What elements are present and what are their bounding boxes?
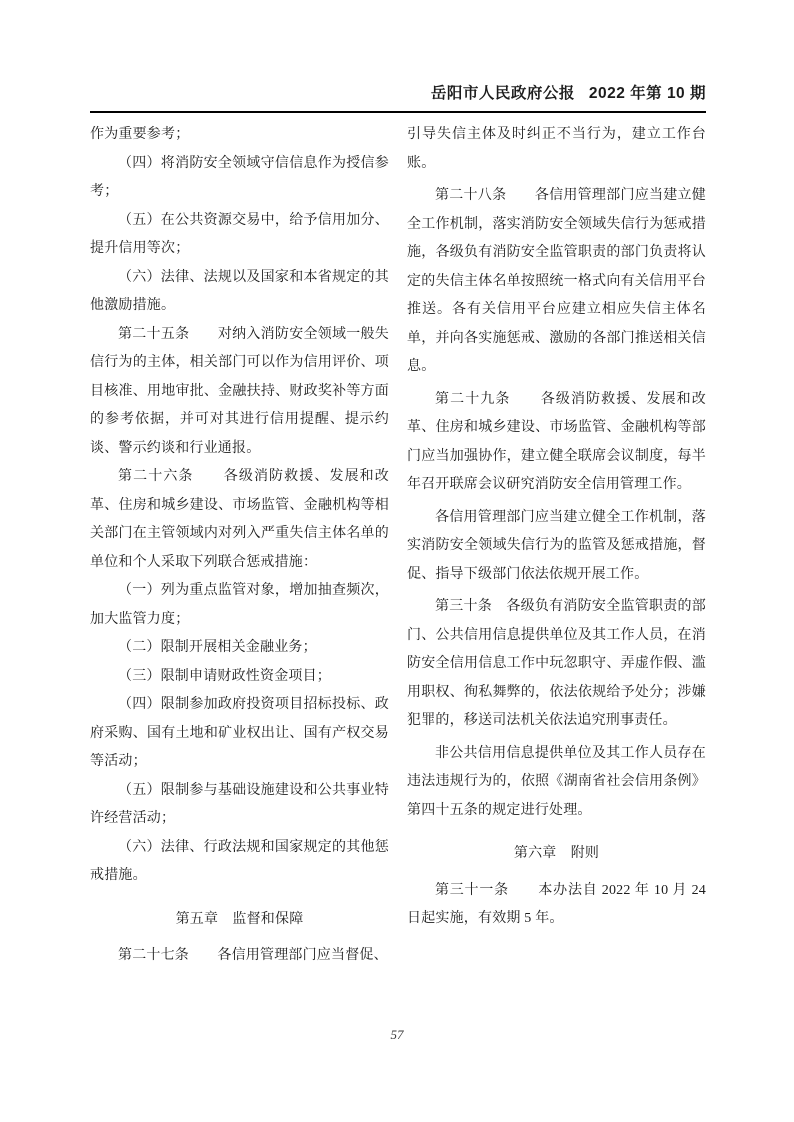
gazette-page: 岳阳市人民政府公报2022 年第 10 期 作为重要参考； （四）将消防安全领域… — [0, 0, 794, 1122]
paragraph-article-27: 第二十七条 各信用管理部门应当督促、 — [90, 942, 389, 971]
document-body: 作为重要参考； （四）将消防安全领域守信信息作为授信参考； （五）在公共资源交易… — [90, 121, 706, 971]
chapter-heading-5: 第五章 监督和保障 — [90, 906, 389, 935]
paragraph-item-4: （四）将消防安全领域守信信息作为授信参考； — [90, 150, 389, 207]
paragraph-item-5: （五）在公共资源交易中，给予信用加分、提升信用等次； — [90, 207, 389, 264]
paragraph-article-31: 第三十一条 本办法自 2022 年 10 月 24 日起实施，有效期 5 年。 — [407, 877, 706, 934]
paragraph-article-30: 第三十条 各级负有消防安全监管职责的部门、公共信用信息提供单位及其工作人员，在消… — [407, 593, 706, 736]
chapter-heading-6: 第六章 附则 — [407, 840, 706, 869]
right-column: 引导失信主体及时纠正不当行为，建立工作台账。 第二十八条 各信用管理部门应当建立… — [407, 121, 706, 938]
gazette-issue: 2022 年第 10 期 — [589, 85, 706, 102]
paragraph-article-26: 第二十六条 各级消防救援、发展和改革、住房和城乡建设、市场监管、金融机构等相关部… — [90, 463, 389, 577]
left-column: 作为重要参考； （四）将消防安全领域守信信息作为授信参考； （五）在公共资源交易… — [90, 121, 389, 971]
paragraph-measure-1: （一）列为重点监管对象，增加抽查频次，加大监管力度； — [90, 577, 389, 634]
paragraph-item-6: （六）法律、法规以及国家和本省规定的其他激励措施。 — [90, 264, 389, 321]
paragraph-continuation: 作为重要参考； — [90, 121, 389, 150]
gazette-title: 岳阳市人民政府公报 — [431, 85, 575, 102]
paragraph-article-30-2: 非公共信用信息提供单位及其工作人员存在违法违规行为的，依照《湖南省社会信用条例》… — [407, 740, 706, 826]
paragraph-article-28: 第二十八条 各信用管理部门应当建立健全工作机制，落实消防安全领域失信行为惩戒措施… — [407, 182, 706, 382]
paragraph-measure-6: （六）法律、行政法规和国家规定的其他惩戒措施。 — [90, 834, 389, 891]
page-footer: 57 — [0, 1026, 794, 1044]
header-rule — [90, 111, 706, 113]
paragraph-measure-4: （四）限制参加政府投资项目招标投标、政府采购、国有土地和矿业权出让、国有产权交易… — [90, 691, 389, 777]
paragraph-article-29-2: 各信用管理部门应当建立健全工作机制，落实消防安全领域失信行为的监管及惩戒措施，督… — [407, 504, 706, 590]
paragraph-continuation: 引导失信主体及时纠正不当行为，建立工作台账。 — [407, 121, 706, 178]
header-title-line: 岳阳市人民政府公报2022 年第 10 期 — [90, 84, 706, 104]
paragraph-article-25: 第二十五条 对纳入消防安全领域一般失信行为的主体，相关部门可以作为信用评价、项目… — [90, 321, 389, 464]
paragraph-article-29: 第二十九条 各级消防救援、发展和改革、住房和城乡建设、市场监管、金融机构等部门应… — [407, 386, 706, 500]
paragraph-measure-3: （三）限制申请财政性资金项目； — [90, 663, 389, 692]
page-number: 57 — [391, 1027, 404, 1042]
page-header: 岳阳市人民政府公报2022 年第 10 期 — [90, 84, 706, 113]
paragraph-measure-5: （五）限制参与基础设施建设和公共事业特许经营活动； — [90, 777, 389, 834]
paragraph-measure-2: （二）限制开展相关金融业务； — [90, 634, 389, 663]
